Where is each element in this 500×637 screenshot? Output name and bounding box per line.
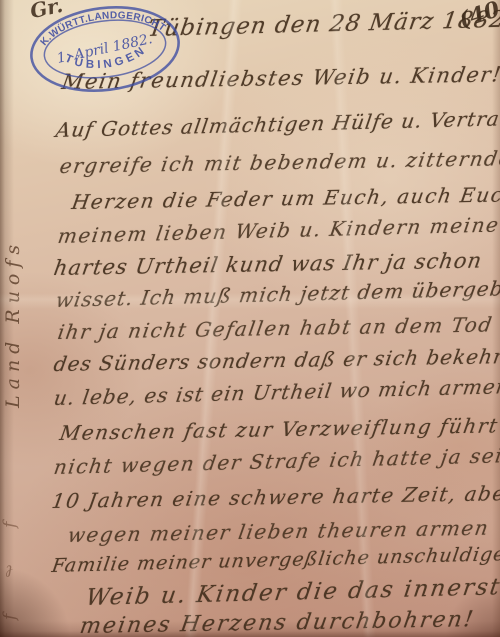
letter-line: 10 Jahren eine schwere harte Zeit, aber xyxy=(50,481,500,513)
letter-line: meines Herzens durchbohren! xyxy=(78,607,477,637)
letter-line: wisset. Ich muß mich jetzt dem übergeben xyxy=(54,276,500,312)
letter-line: wegen meiner lieben theuren armen xyxy=(66,516,491,547)
margin-note: Land Ruofs xyxy=(2,78,24,408)
letter-line: meinem lieben Weib u. Kindern meine xyxy=(56,212,500,248)
dateline: Tübingen den 28 März 1882. xyxy=(146,6,500,42)
letter-line: ergreife ich mit bebendem u. zitterndem xyxy=(58,146,500,178)
letter-line: des Sünders sondern daß er sich bekehre xyxy=(52,344,500,376)
letter-line: nicht wegen der Strafe ich hatte ja seit xyxy=(52,443,500,479)
letter-line: u. lebe, es ist ein Urtheil wo mich arme… xyxy=(52,374,500,410)
letter-line: Herzen die Feder um Euch, auch Euch xyxy=(70,182,500,214)
letter-line: Menschen fast zur Verzweiflung führt xyxy=(58,413,500,445)
letter-line: ihr ja nicht Gefallen habt an dem Tod xyxy=(56,312,495,344)
manuscript-page: K.WÜRTT.LANDGERICHT TÜBINGEN 1. April 18… xyxy=(0,0,500,637)
margin-note-strokes: f ℓ f xyxy=(0,420,20,620)
letter-line: Auf Gottes allmächtigen Hülfe u. Vertrau… xyxy=(54,105,500,142)
letter-line: Weib u. Kinder die das innerste xyxy=(84,574,500,611)
letter-line: hartes Urtheil kund was Ihr ja schon xyxy=(52,249,484,280)
letter-line: Familie meiner unvergeßliche unschuldige… xyxy=(50,543,500,577)
